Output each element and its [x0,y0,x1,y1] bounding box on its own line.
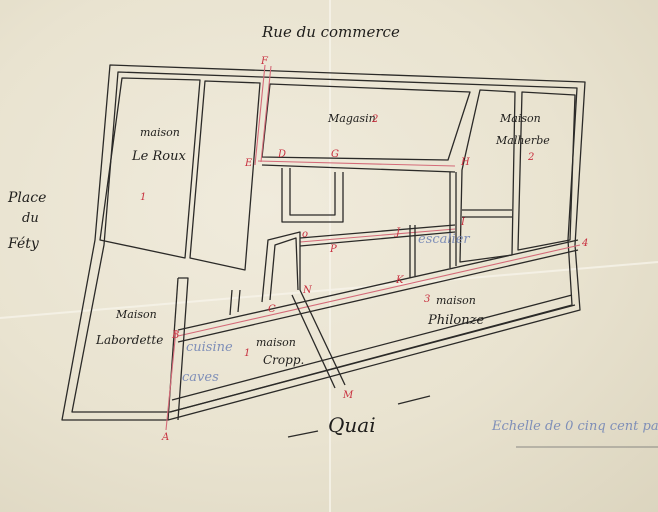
svg-text:J: J [394,227,401,238]
svg-text:maison: maison [256,336,296,349]
label-le-roux: maison Le Roux 1 [131,126,186,203]
maison-le-roux-outline [100,78,260,270]
svg-text:H: H [460,157,470,168]
svg-text:D: D [277,149,286,160]
street-top: Rue du commerce [261,23,400,41]
svg-text:Malherbe: Malherbe [495,134,550,147]
svg-text:Maison: Maison [499,112,541,125]
red-line-f-e [261,66,271,162]
label-labordette: Maison Labordette [95,308,163,347]
label-philonze: maison Philonze 3 [424,294,484,328]
street-bottom: Quai [328,413,376,437]
svg-text:K: K [395,275,404,286]
svg-text:1: 1 [244,348,250,359]
svg-text:4: 4 [581,238,588,249]
svg-text:Maison: Maison [115,308,157,321]
svg-text:Magasin: Magasin [327,112,376,125]
svg-text:Le Roux: Le Roux [131,149,186,164]
svg-text:P: P [329,244,337,255]
label-cropp: maison Cropp. 1 [244,336,304,367]
svg-text:2: 2 [371,114,378,125]
floor-plan-sheet: Rue du commerce Place du Féty Quai maiso… [0,0,658,512]
svg-text:1: 1 [140,192,146,203]
scale-note: Echelle de 0 cinq cent par m [491,419,658,434]
label-malherbe: Maison Malherbe 2 [495,112,550,163]
svg-text:Labordette: Labordette [95,333,163,347]
svg-text:3: 3 [424,294,430,305]
svg-text:C: C [268,304,276,315]
svg-text:G: G [331,149,339,160]
svg-text:I: I [460,217,466,228]
svg-text:o: o [302,229,308,240]
label-magasin: Magasin 2 [327,112,378,125]
svg-text:N: N [302,285,313,296]
svg-text:maison: maison [436,294,476,307]
svg-text:2: 2 [527,152,534,163]
annotation-caves: caves [182,370,219,385]
svg-text:Féty: Féty [7,236,40,252]
plan-drawing: Rue du commerce Place du Féty Quai maiso… [0,0,658,512]
svg-text:B: B [171,330,179,341]
svg-text:Philonze: Philonze [427,313,484,328]
annotation-cuisine: cuisine [186,340,233,355]
svg-text:A: A [161,432,169,443]
street-bottom-dash [288,431,318,437]
svg-text:F: F [260,56,269,67]
annotation-escalier: escalier [418,232,470,247]
svg-text:Place: Place [7,190,46,206]
svg-text:Cropp.: Cropp. [263,353,304,367]
svg-text:E: E [244,158,253,169]
svg-text:du: du [22,211,39,226]
red-line-f-e [255,65,265,165]
svg-text:maison: maison [140,126,180,139]
street-left: Place du Féty [7,190,46,252]
street-bottom-dash [398,396,430,404]
svg-text:M: M [342,390,354,401]
magasin-outline [258,84,470,222]
